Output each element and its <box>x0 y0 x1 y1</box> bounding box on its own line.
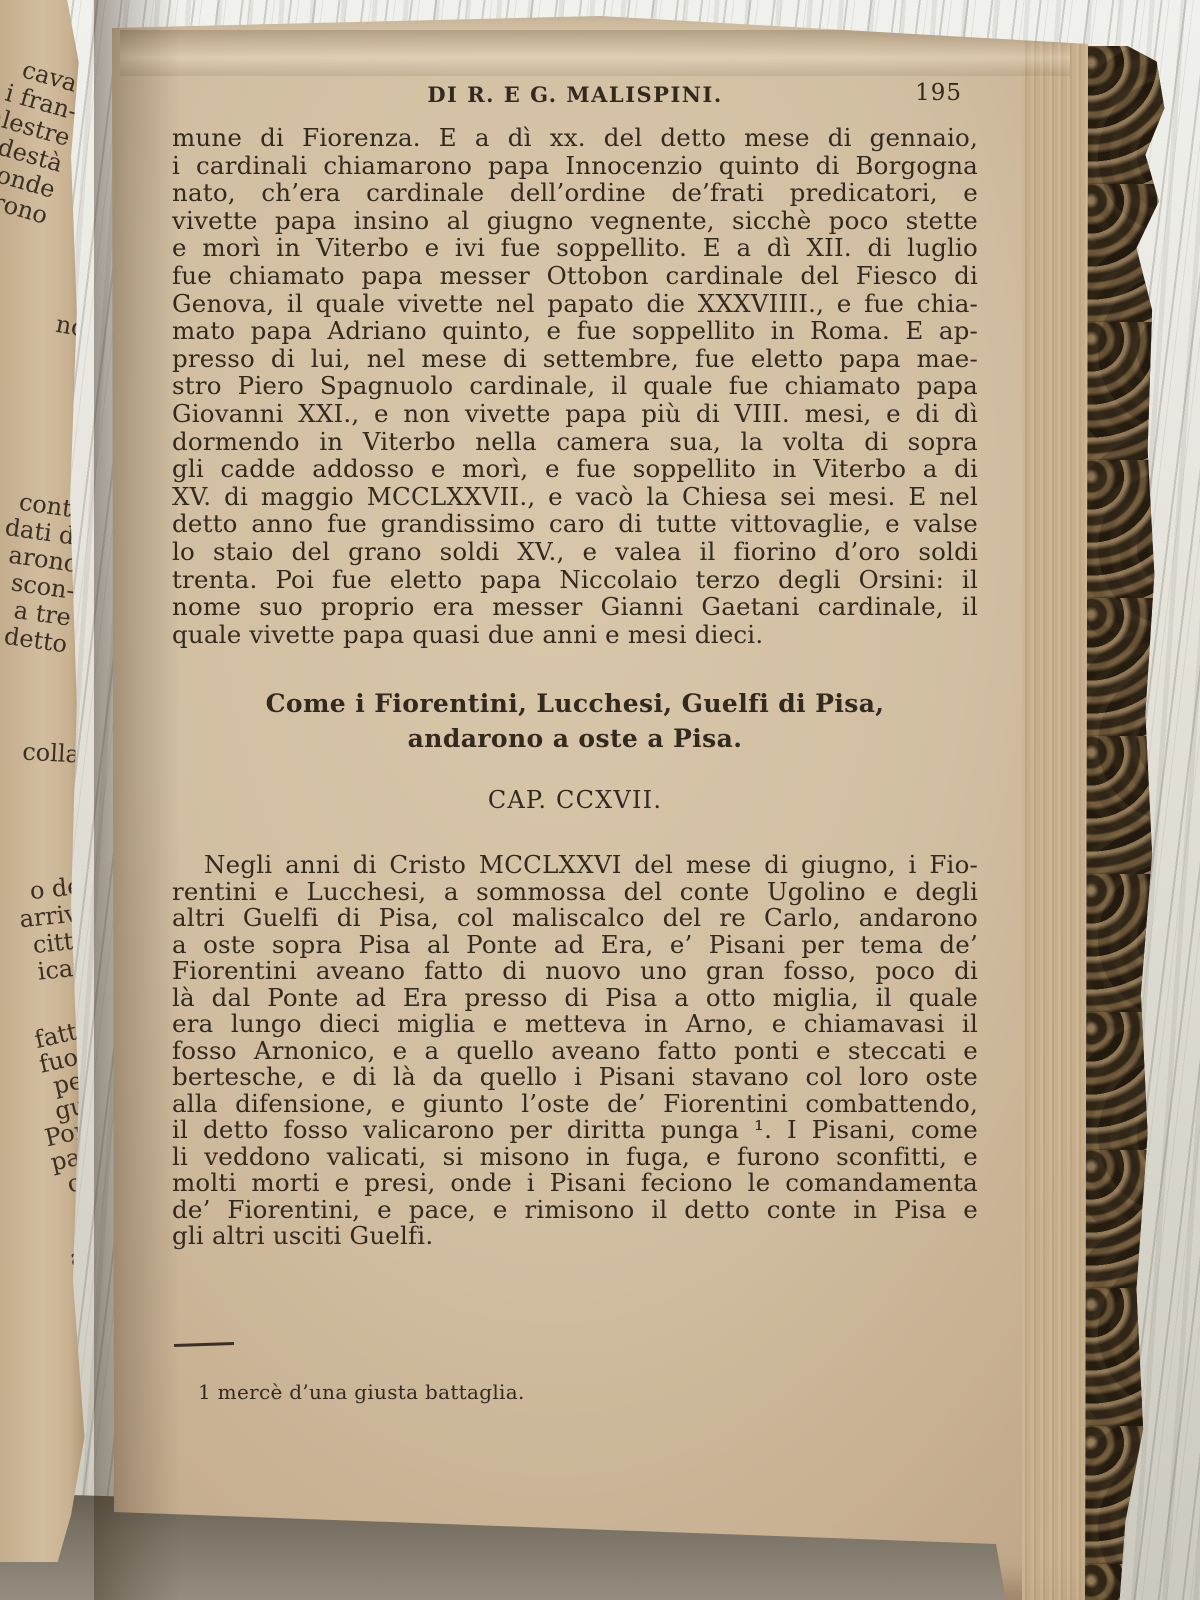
text-line: Genova, il quale vivette nel papato die … <box>172 290 978 318</box>
text-line: i cardinali chiamarono papa Innocenzio q… <box>172 152 978 180</box>
text-line: dormendo in Viterbo nella camera sua, la… <box>172 428 978 456</box>
chapter-number: CAP. CCXVII. <box>172 786 978 814</box>
text-line: vivette papa insino al giugno vegnente, … <box>172 207 978 235</box>
text-line: gli altri usciti Guelfi. <box>172 1223 978 1250</box>
text-line: de’ Fiorentini, e pace, e rimisono il de… <box>172 1197 978 1224</box>
book-photo-scene: cava-i fran-alestreodestà, ondefurono no… <box>0 0 1200 1600</box>
text-line: molti morti e presi, onde i Pisani fecio… <box>172 1170 978 1197</box>
text-line: a oste sopra Pisa al Ponte ad Era, e’ Pi… <box>172 932 978 959</box>
footnote-rule <box>174 1342 234 1347</box>
text-line: là dal Ponte ad Era presso di Pisa a ott… <box>172 985 978 1012</box>
page-top-fold <box>120 30 1070 76</box>
text-line: presso di lui, nel mese di settembre, fu… <box>172 345 978 373</box>
running-title: DI R. E G. MALISPINI. <box>427 82 722 107</box>
text-line: fosso Arnonico, e a quello aveano fatto … <box>172 1038 978 1065</box>
text-line: trenta. Poi fue eletto papa Niccolaio te… <box>172 566 978 594</box>
text-line: Negli anni di Cristo MCCLXXVI del mese d… <box>172 852 978 879</box>
footnote: 1 mercè d’una giusta battaglia. <box>198 1380 525 1404</box>
chapter-heading-line1: Come i Fiorentini, Lucchesi, Guelfi di P… <box>172 686 978 721</box>
book-page: DI R. E G. MALISPINI. 195 mune di Fioren… <box>0 0 1200 1600</box>
text-line: quale vivette papa quasi due anni e mesi… <box>172 621 978 649</box>
text-line: era lungo dieci miglia e metteva in Arno… <box>172 1011 978 1038</box>
text-line: Giovanni XXI., e non vivette papa più di… <box>172 400 978 428</box>
text-line: gli cadde addosso e morì, e fue soppelli… <box>172 455 978 483</box>
text-line: mato papa Adriano quinto, e fue soppelli… <box>172 317 978 345</box>
text-line: bertesche, e di là da quello i Pisani st… <box>172 1064 978 1091</box>
chapter-heading-line2: andarono a oste a Pisa. <box>172 721 978 756</box>
text-line: rentini e Lucchesi, a sommossa del conte… <box>172 879 978 906</box>
running-head: DI R. E G. MALISPINI. 195 <box>172 82 978 107</box>
text-line: il detto fosso valicarono per diritta pu… <box>172 1117 978 1144</box>
text-line: lo staio del grano soldi XV., e valea il… <box>172 538 978 566</box>
text-line: fue chiamato papa messer Ottobon cardina… <box>172 262 978 290</box>
text-line: detto anno fue grandissimo caro di tutte… <box>172 510 978 538</box>
text-line: stro Piero Spagnuolo cardinale, il quale… <box>172 372 978 400</box>
paragraph-1: mune di Fiorenza. E a dì xx. del detto m… <box>172 124 978 648</box>
text-line: altri Guelfi di Pisa, col maliscalco del… <box>172 905 978 932</box>
text-line: li veddono valicati, si misono in fuga, … <box>172 1144 978 1171</box>
text-line: nome suo proprio era messer Gianni Gaeta… <box>172 593 978 621</box>
text-line: mune di Fiorenza. E a dì xx. del detto m… <box>172 124 978 152</box>
chapter-heading: Come i Fiorentini, Lucchesi, Guelfi di P… <box>172 686 978 756</box>
text-line: Fiorentini aveano fatto di nuovo uno gra… <box>172 958 978 985</box>
text-line: nato, ch’era cardinale dell’ordine de’fr… <box>172 179 978 207</box>
paragraph-2: Negli anni di Cristo MCCLXXVI del mese d… <box>172 852 978 1250</box>
text-line: e morì in Viterbo e ivi fue soppellito. … <box>172 234 978 262</box>
page-fore-edge <box>1022 40 1088 1600</box>
text-line: alla difensione, e giunto l’oste de’ Fio… <box>172 1091 978 1118</box>
page-number: 195 <box>915 80 962 106</box>
text-line: XV. di maggio MCCLXXVII., e vacò la Chie… <box>172 483 978 511</box>
